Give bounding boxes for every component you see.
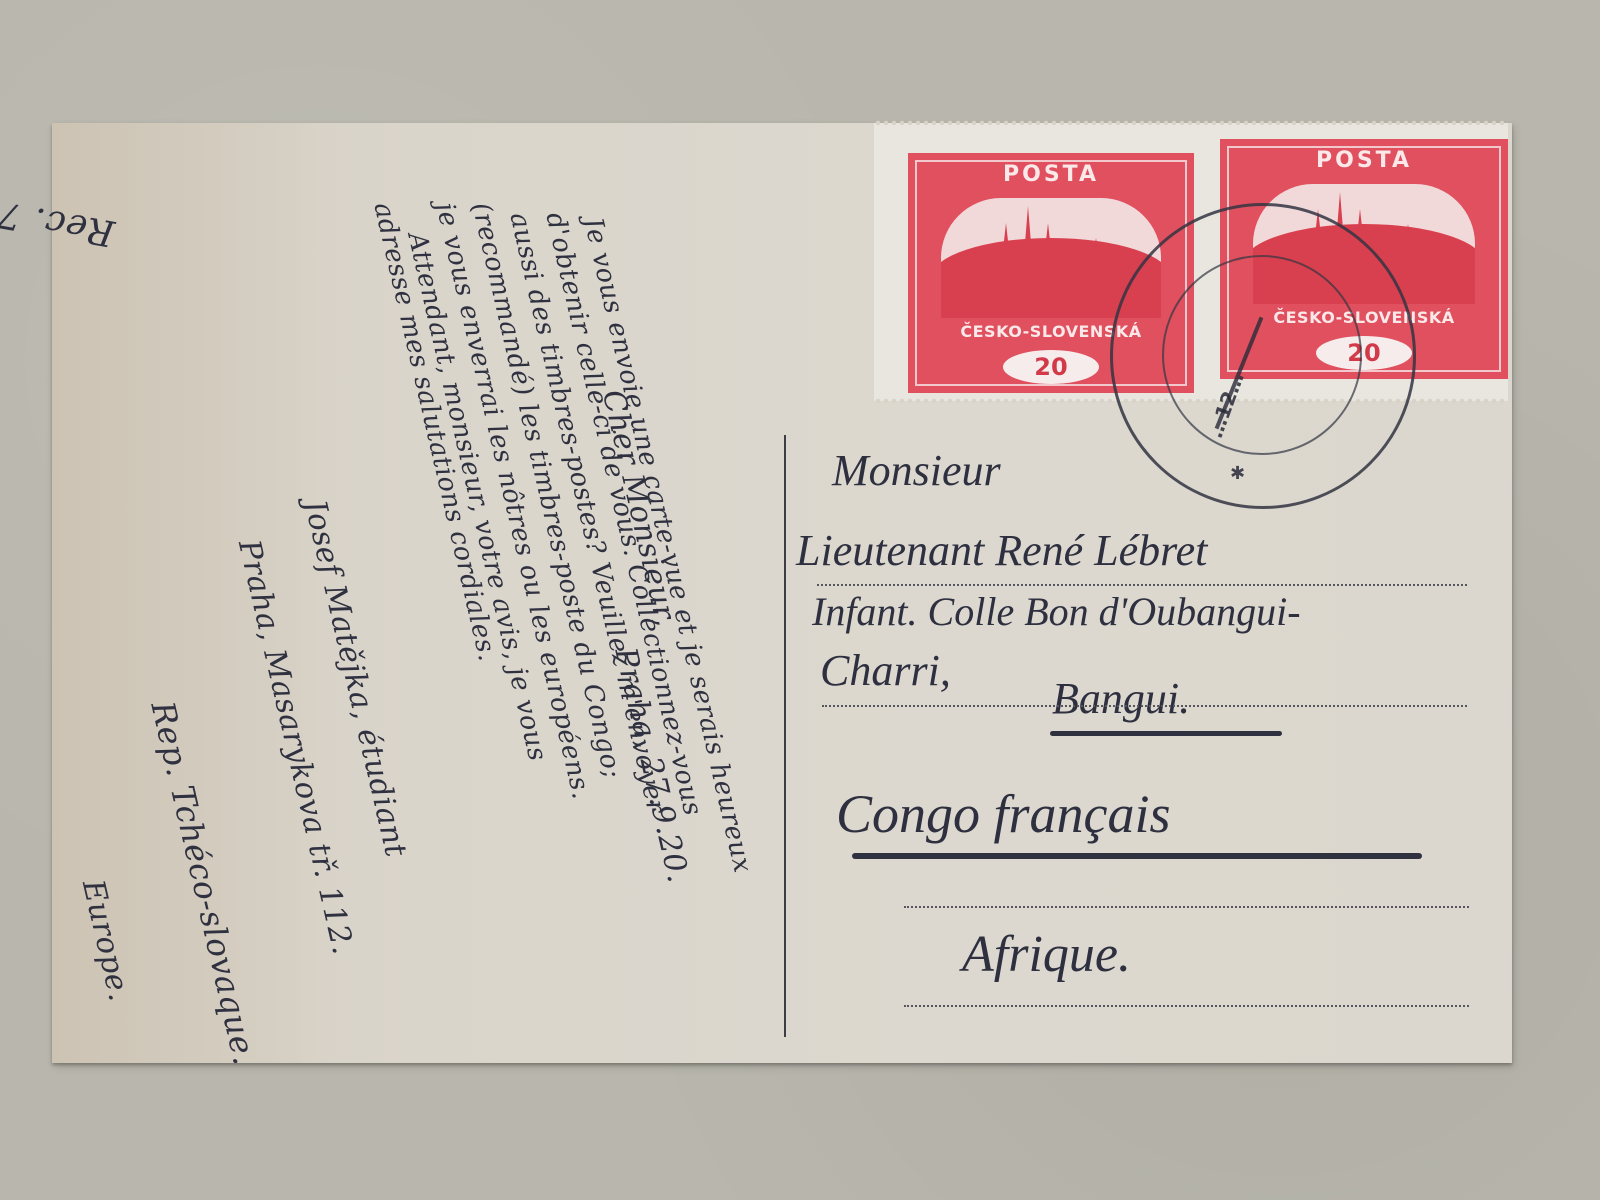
address-salutation: Monsieur — [832, 445, 1001, 496]
postcard: POSTA ČESKO-SLOVENSKÁ 20 POSTA ČESKO-SLO… — [52, 123, 1512, 1063]
postmark-star-icon: ✱ — [1230, 463, 1245, 484]
address-region: Charri, — [820, 645, 951, 696]
stamp-header: POSTA — [1223, 148, 1505, 173]
center-divider — [784, 435, 786, 1037]
postmark-inner-ring — [1162, 255, 1362, 455]
address-dotted-line-2 — [822, 705, 1467, 707]
address-dotted-line-4 — [904, 1005, 1469, 1007]
address-country: Congo français — [836, 783, 1171, 845]
address-dotted-line-3 — [904, 906, 1469, 908]
address-continent: Afrique. — [962, 925, 1131, 984]
stamp-value: 20 — [1003, 350, 1099, 384]
stamp-header: POSTA — [911, 162, 1191, 187]
address-recipient: Lieutenant René Lébret — [796, 525, 1207, 576]
country-underline — [852, 853, 1422, 859]
address-unit: Infant. Colle Bon d'Oubangui- — [812, 588, 1301, 635]
city-underline — [1050, 731, 1282, 736]
address-city: Bangui. — [1052, 673, 1190, 724]
address-dotted-line-1 — [817, 584, 1467, 586]
